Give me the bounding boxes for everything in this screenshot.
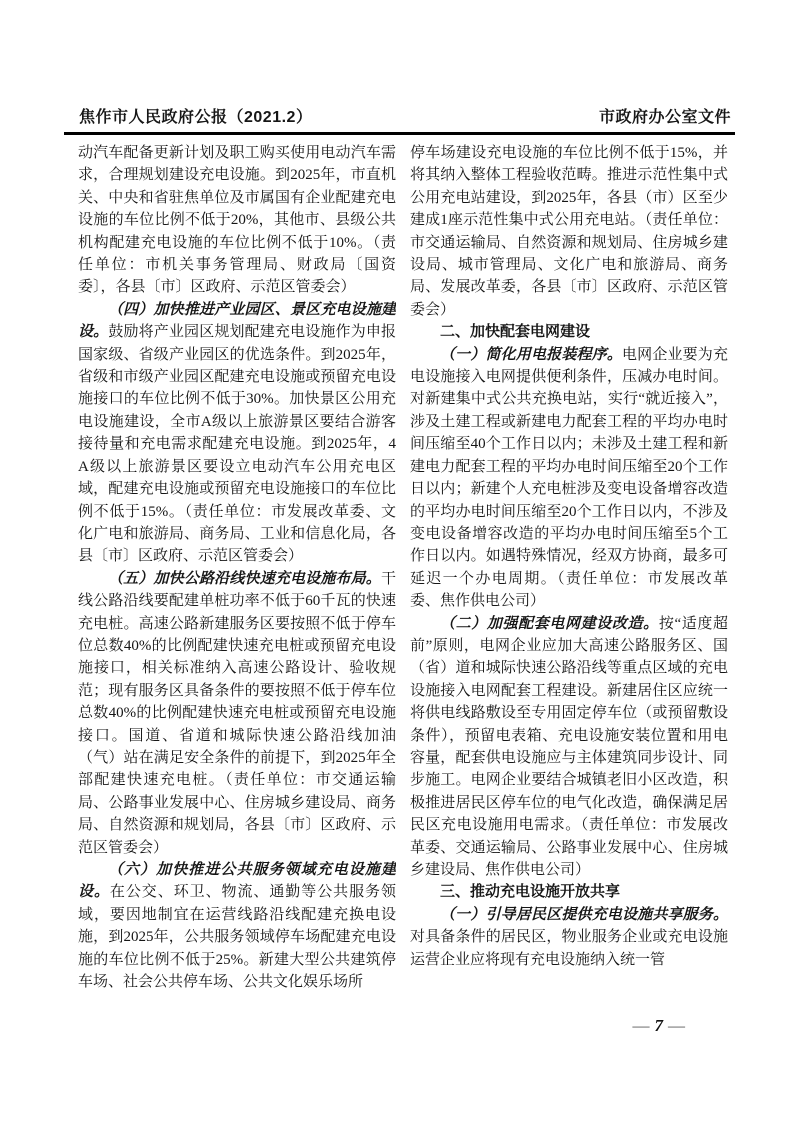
item-subheading-text: （五）加快公路沿线快速充电设施布局。 xyxy=(108,571,381,587)
header-rule xyxy=(64,132,735,135)
page-number-value: 7 xyxy=(650,1016,669,1035)
header-document-category: 市政府办公室文件 xyxy=(599,104,731,127)
body-paragraph: 停车场建设充电设施的车位比例不低于15%，并将其纳入整体工程验收范畴。推进示范性… xyxy=(410,142,728,321)
body-paragraph: 动汽车配备更新计划及职工购买使用电动汽车需求，合理规划建设充电设施。到2025年… xyxy=(78,142,396,299)
body-paragraph: （六）加快推进公共服务领域充电设施建设。在公交、环卫、物流、通勤等公共服务领域，… xyxy=(78,859,396,993)
body-paragraph: （二）加强配套电网建设改造。按“适度超前”原则，电网企业应加大高速公路服务区、国… xyxy=(410,613,728,882)
paragraph-text: 干线公路沿线要配建单桩功率不低于60千瓦的快速充电桩。高速公路新建服务区要按照不… xyxy=(78,571,396,856)
paragraph-text: 鼓励将产业园区规划配建充电设施作为申报国家级、省级产业园区的优选条件。到2025… xyxy=(78,324,396,564)
paragraph-text: 对具备条件的居民区，物业服务企业或充电设施运营企业应将现有充电设施纳入统一管 xyxy=(410,929,728,967)
page-header: 焦作市人民政府公报（2021.2） 市政府办公室文件 xyxy=(79,104,731,127)
item-subheading-text: （二）加强配套电网建设改造。 xyxy=(440,616,659,632)
paragraph-text: 按“适度超前”原则，电网企业应加大高速公路服务区、国（省）道和城际快速公路沿线等… xyxy=(410,616,728,878)
paragraph-text: 动汽车配备更新计划及职工购买使用电动汽车需求，合理规划建设充电设施。到2025年… xyxy=(78,145,396,295)
paragraph-text: 在公交、环卫、物流、通勤等公共服务领域，要因地制宜在运营线路沿线配建充换电设施，… xyxy=(78,884,396,990)
item-subheading-text: （一）简化用电报装程序。 xyxy=(440,347,622,363)
section-heading: 三、推动充电设施开放共享 xyxy=(410,881,728,903)
page-number-dash-right: — xyxy=(668,1016,685,1035)
document-body: 动汽车配备更新计划及职工购买使用电动汽车需求，合理规划建设充电设施。到2025年… xyxy=(78,142,728,998)
body-paragraph: （一）简化用电报装程序。电网企业要为充电设施接入电网提供便利条件，压减办电时间。… xyxy=(410,344,728,613)
left-column: 动汽车配备更新计划及职工购买使用电动汽车需求，合理规划建设充电设施。到2025年… xyxy=(78,142,396,998)
body-paragraph: （一）引导居民区提供充电设施共享服务。对具备条件的居民区，物业服务企业或充电设施… xyxy=(410,904,728,971)
page-number: —7— xyxy=(633,1016,686,1036)
gazette-page: 焦作市人民政府公报（2021.2） 市政府办公室文件 动汽车配备更新计划及职工购… xyxy=(0,0,793,1122)
page-number-dash-left: — xyxy=(633,1016,650,1035)
item-subheading-text: （一）引导居民区提供充电设施共享服务。 xyxy=(440,907,728,923)
paragraph-text: 电网企业要为充电设施接入电网提供便利条件，压减办电时间。对新建集中式公共充换电站… xyxy=(410,347,728,609)
section-heading: 二、加快配套电网建设 xyxy=(410,321,728,343)
header-gazette-title: 焦作市人民政府公报（2021.2） xyxy=(79,104,312,127)
body-paragraph: （四）加快推进产业园区、景区充电设施建设。鼓励将产业园区规划配建充电设施作为申报… xyxy=(78,299,396,568)
paragraph-text: 二、加快配套电网建设 xyxy=(440,323,590,340)
body-paragraph: （五）加快公路沿线快速充电设施布局。干线公路沿线要配建单桩功率不低于60千瓦的快… xyxy=(78,568,396,859)
right-column: 停车场建设充电设施的车位比例不低于15%，并将其纳入整体工程验收范畴。推进示范性… xyxy=(410,142,728,998)
paragraph-text: 三、推动充电设施开放共享 xyxy=(440,883,620,900)
paragraph-text: 停车场建设充电设施的车位比例不低于15%，并将其纳入整体工程验收范畴。推进示范性… xyxy=(410,145,728,318)
